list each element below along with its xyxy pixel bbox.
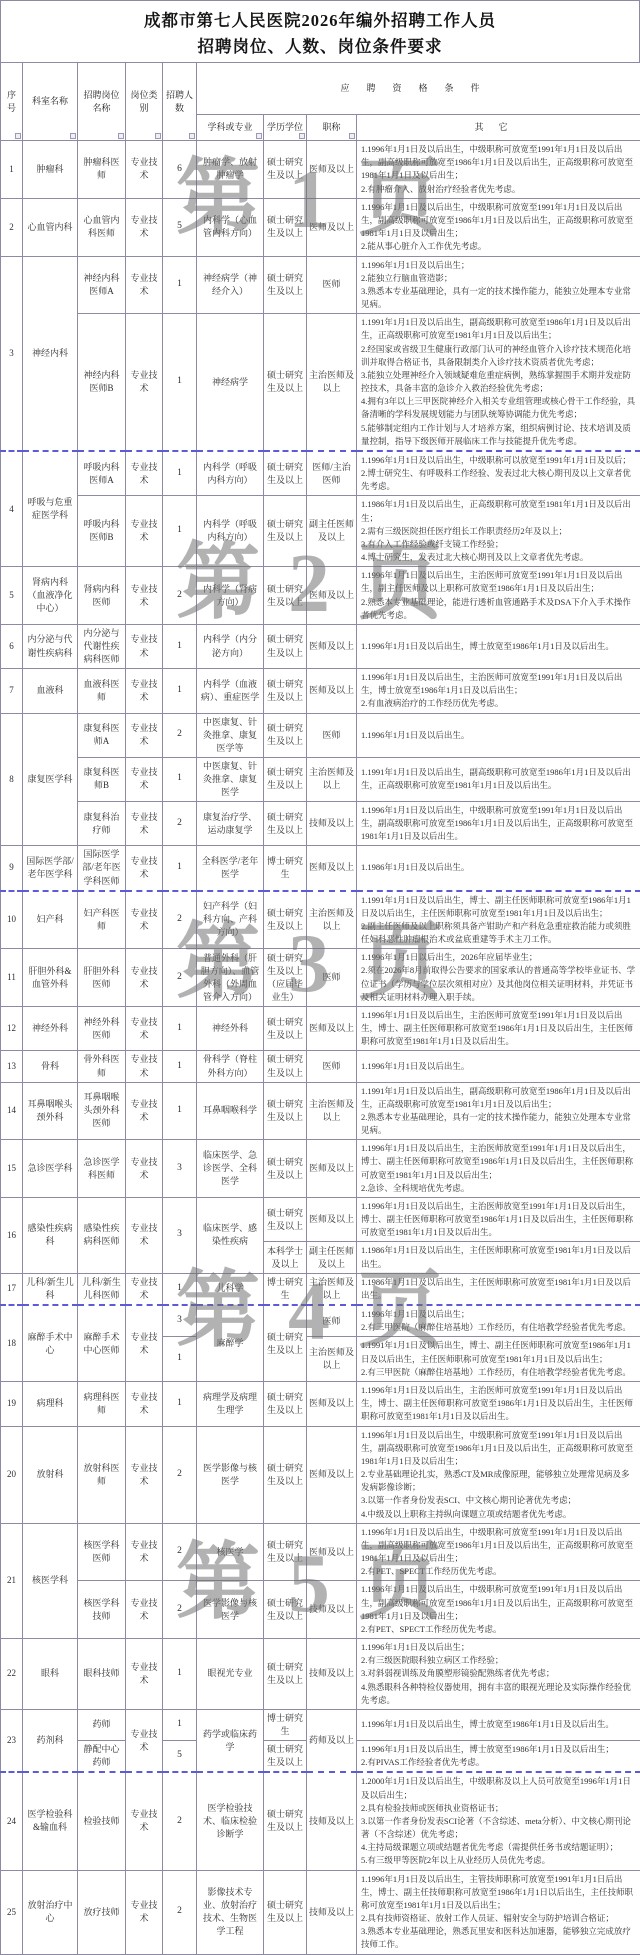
title-cell: 医师及以上 xyxy=(307,1381,357,1426)
row-number-cell: 16 xyxy=(1,1197,23,1273)
requirements-cell: 1.1996年1月1日及以后出生，主治医师可放宽至1991年1月1日及以后出生，… xyxy=(357,669,640,714)
position-cell: 静配中心药师 xyxy=(78,1741,126,1773)
count-cell: 1 xyxy=(163,669,197,714)
count-cell: 1 xyxy=(163,451,197,496)
cell-marker-icon xyxy=(70,133,76,139)
title-cell: 副主任医师及以上 xyxy=(307,496,357,567)
requirements-cell: 1.1991年1月1日及以后出生，副高级职称可放宽至1986年1月1日及以后出生… xyxy=(357,1082,640,1140)
table-header: 序号 科室名称 招聘岗位名称 岗位类别 招聘人数 应聘资格条件 学科或专业 学历… xyxy=(1,63,640,141)
requirements-cell: 1.1986年1月1日及以后出生，主任医师职称可放宽至1981年1月1日及以后出… xyxy=(357,1242,640,1273)
table-row: 神经内科医师B专业技术1神经病学硕士研究生及以上主治医师及以上1.1991年1月… xyxy=(1,314,640,451)
col-header-other: 其它 xyxy=(357,115,640,141)
category-cell: 专业技术 xyxy=(126,1273,163,1305)
table-row: 23药剂科药师专业技术1药学或临床药学博士研究生药师及以上1.1996年1月1日… xyxy=(1,1709,640,1740)
row-number-cell: 1 xyxy=(1,141,23,199)
requirements-cell: 1.1996年1月1日及以后出生，中级职称可放宽至1991年1月1日及以后出生，… xyxy=(357,198,640,256)
row-number-cell: 19 xyxy=(1,1381,23,1426)
major-cell: 临床医学、感染性疾病 xyxy=(197,1197,264,1273)
position-cell: 放疗技师 xyxy=(78,1870,126,1954)
category-cell: 专业技术 xyxy=(126,1051,163,1082)
count-cell: 1 xyxy=(163,1082,197,1140)
requirements-cell: 1.1991年1月1日及以后出生，副高级职称可放宽至1986年1月1日及以后出生… xyxy=(357,757,640,801)
title-cell: 医师 xyxy=(307,256,357,314)
count-cell: 3 xyxy=(163,1197,197,1273)
title-cell: 医师/主治医师 xyxy=(307,451,357,496)
requirements-cell: 1.1986年1月1日及以后出生，主任医师职称可放宽至1981年1月1日及以后出… xyxy=(357,1273,640,1305)
degree-cell: 硕士研究生及以上 xyxy=(264,256,307,314)
table-row: 9国际医学部/老年医学科国际医学部/老年医学科医师专业技术1全科医学/老年医学博… xyxy=(1,846,640,891)
table-row: 25放射治疗中心放疗技师专业技术2影像技术专业、放射治疗技术、生物医学工程硕士研… xyxy=(1,1870,640,1954)
position-cell: 耳鼻咽喉头颈外科医师 xyxy=(78,1082,126,1140)
department-cell: 妇产科 xyxy=(23,891,78,949)
table-row: 15急诊医学科急诊医学科医师专业技术3临床医学、急诊医学、全科医学硕士研究生及以… xyxy=(1,1140,640,1198)
row-number-cell: 14 xyxy=(1,1082,23,1140)
count-cell: 5 xyxy=(163,1741,197,1773)
major-cell: 医学影像与核医学 xyxy=(197,1426,264,1523)
position-cell: 康复科治疗师 xyxy=(78,801,126,846)
row-number-cell: 11 xyxy=(1,949,23,1007)
col-header-title: 职称 xyxy=(307,115,357,141)
title-cell: 副主任医师及以上 xyxy=(307,1242,357,1273)
requirements-cell: 1.1986年1月1日及以后出生，正高级职称可放宽至1981年1月1日及以后出生… xyxy=(357,496,640,567)
cell-marker-icon xyxy=(155,133,161,139)
col-header-label: 招聘人数 xyxy=(166,90,193,113)
major-cell: 神经病学 xyxy=(197,314,264,451)
title-cell: 医师及以上 xyxy=(307,624,357,668)
title-cell: 技师及以上 xyxy=(307,1581,357,1639)
degree-cell: 硕士研究生及以上（应届毕业生） xyxy=(264,949,307,1007)
count-cell: 2 xyxy=(163,891,197,949)
department-cell: 呼吸与危重症医学科 xyxy=(23,451,78,567)
category-cell: 专业技术 xyxy=(126,496,163,567)
degree-cell: 硕士研究生及以上 xyxy=(264,891,307,949)
major-cell: 内科学（心血管内科方向） xyxy=(197,198,264,256)
category-cell: 专业技术 xyxy=(126,1305,163,1381)
major-cell: 中医康复、针灸推拿、康复医学 xyxy=(197,757,264,801)
title-cell: 医师及以上 xyxy=(307,1426,357,1523)
major-cell: 内科学（肾病方向） xyxy=(197,567,264,625)
title-cell: 主治医师及以上 xyxy=(307,1082,357,1140)
degree-cell: 硕士研究生及以上 xyxy=(264,1426,307,1523)
col-header-degree: 学历学位 xyxy=(264,115,307,141)
count-cell: 1 xyxy=(163,1006,197,1051)
category-cell: 专业技术 xyxy=(126,801,163,846)
count-cell: 1 xyxy=(163,496,197,567)
table-row: 12神经外科神经外科医师专业技术1神经外科硕士研究生及以上医师及以上1.1996… xyxy=(1,1006,640,1051)
department-cell: 国际医学部/老年医学科 xyxy=(23,846,78,891)
title-cell: 医师及以上 xyxy=(307,1140,357,1198)
col-header-label: 岗位类别 xyxy=(130,90,157,113)
requirements-cell: 1.1996年1月1日及以后出生，中级职称可放宽至1991年1月1日及以后出生，… xyxy=(357,1426,640,1523)
position-cell: 内分泌与代谢性疾病科医师 xyxy=(78,624,126,668)
degree-cell: 硕士研究生及以上 xyxy=(264,1305,307,1381)
col-header-label: 招聘岗位名称 xyxy=(83,90,119,113)
requirements-cell: 1.1996年1月1日及以后出生，博士放宽至1986年1月1日及以后出生。 xyxy=(357,1709,640,1740)
category-cell: 专业技术 xyxy=(126,1523,163,1581)
category-cell: 专业技术 xyxy=(126,1709,163,1772)
category-cell: 专业技术 xyxy=(126,567,163,625)
degree-cell: 硕士研究生及以上 xyxy=(264,1870,307,1954)
row-number-cell: 6 xyxy=(1,624,23,668)
department-cell: 神经外科 xyxy=(23,1006,78,1051)
title-cell: 医师及以上 xyxy=(307,846,357,891)
table-row: 2心血管内科心血管内科医师专业技术5内科学（心血管内科方向）硕士研究生及以上医师… xyxy=(1,198,640,256)
requirements-cell: 1.1996年1月1日及以后出生； 2.有三甲医院（麻醉住培基地）工作经历，有住… xyxy=(357,1305,640,1337)
row-number-cell: 15 xyxy=(1,1140,23,1198)
major-cell: 眼视光专业 xyxy=(197,1639,264,1710)
major-cell: 内科学（血液病）、重症医学 xyxy=(197,669,264,714)
title-cell: 主治医师及以上 xyxy=(307,1337,357,1382)
title-cell: 医师及以上 xyxy=(307,198,357,256)
position-cell: 国际医学部/老年医学科医师 xyxy=(78,846,126,891)
title-cell: 医师及以上 xyxy=(307,669,357,714)
category-cell: 专业技术 xyxy=(126,451,163,496)
degree-cell: 硕士研究生及以上 xyxy=(264,567,307,625)
requirements-cell: 1.1996年1月1日及以后出生，主治医师可放宽至1991年1月1日及以后出生，… xyxy=(357,1381,640,1426)
department-cell: 放射治疗中心 xyxy=(23,1870,78,1954)
position-cell: 放射科医师 xyxy=(78,1426,126,1523)
major-cell: 内科学（内分泌方向） xyxy=(197,624,264,668)
major-cell: 内科学（呼吸内科方向） xyxy=(197,451,264,496)
position-cell: 儿科/新生儿科医师 xyxy=(78,1273,126,1305)
department-cell: 肾病内科（血液净化中心） xyxy=(23,567,78,625)
col-header-label: 职称 xyxy=(322,122,340,132)
major-cell: 麻醉学 xyxy=(197,1305,264,1381)
degree-cell: 硕士研究生及以上 xyxy=(264,801,307,846)
department-cell: 血液科 xyxy=(23,669,78,714)
degree-cell: 硕士研究生及以上 xyxy=(264,624,307,668)
cell-marker-icon xyxy=(299,133,305,139)
table-row: 14耳鼻咽喉头颈外科耳鼻咽喉头颈外科医师专业技术1耳鼻咽喉科学硕士研究生及以上主… xyxy=(1,1082,640,1140)
department-cell: 眼科 xyxy=(23,1639,78,1710)
category-cell: 专业技术 xyxy=(126,846,163,891)
category-cell: 专业技术 xyxy=(126,1639,163,1710)
category-cell: 专业技术 xyxy=(126,198,163,256)
position-cell: 感染性疾病科医师 xyxy=(78,1197,126,1273)
cell-marker-icon xyxy=(189,133,195,139)
department-cell: 内分泌与代谢性疾病科 xyxy=(23,624,78,668)
category-cell: 专业技术 xyxy=(126,1140,163,1198)
position-cell: 妇产科医师 xyxy=(78,891,126,949)
position-cell: 心血管内科医师 xyxy=(78,198,126,256)
department-cell: 神经内科 xyxy=(23,256,78,451)
requirements-cell: 1.1996年1月1日以后出生，2026年应届毕业生； 2.须在2026年8月前… xyxy=(357,949,640,1007)
position-cell: 眼科技师 xyxy=(78,1639,126,1710)
major-cell: 骨科学（脊柱外科方向） xyxy=(197,1051,264,1082)
position-cell: 急诊医学科医师 xyxy=(78,1140,126,1198)
table-row: 7血液科血液科医师专业技术1内科学（血液病）、重症医学硕士研究生及以上医师及以上… xyxy=(1,669,640,714)
position-cell: 康复科医师B xyxy=(78,757,126,801)
requirements-cell: 1.1996年1月1日及以后出生，中级职称可放宽至1991年1月1日及以后出生，… xyxy=(357,141,640,199)
table-row: 核医学科技师专业技术2医学影像与核医学硕士研究生及以上技师及以上1.1996年1… xyxy=(1,1581,640,1639)
degree-cell: 硕士研究生及以上 xyxy=(264,1772,307,1870)
col-header-label: 其它 xyxy=(475,122,523,132)
degree-cell: 硕士研究生及以上 xyxy=(264,713,307,757)
count-cell: 3 xyxy=(163,1140,197,1198)
category-cell: 专业技术 xyxy=(126,1581,163,1639)
degree-cell: 硕士研究生及以上 xyxy=(264,451,307,496)
requirements-cell: 1.1996年1月1日及以后出生； 2.能独立行脑血管造影； 3.熟悉本专业基础… xyxy=(357,256,640,314)
requirements-cell: 1.1986年1月1日及以后出生。 xyxy=(357,846,640,891)
cell-marker-icon xyxy=(118,133,124,139)
col-header-label: 序号 xyxy=(7,90,16,113)
requirements-cell: 1.1991年1月1日及以后出生，博士、副主任医师职称可放宽至1986年1月1日… xyxy=(357,891,640,949)
major-cell: 核医学 xyxy=(197,1523,264,1581)
requirements-cell: 1.1996年1月1日及以后出生，博士放宽至1986年1月1日及以后出生。 xyxy=(357,624,640,668)
count-cell: 2 xyxy=(163,567,197,625)
title-cell: 主治医师及以上 xyxy=(307,1273,357,1305)
table-row: 康复科治疗师专业技术2康复治疗学、运动康复学硕士研究生及以上技师及以上1.199… xyxy=(1,801,640,846)
table-row: 11肝胆外科&血管外科肝胆外科医师专业技术2普通外科（肝胆方向）、血管外科（外周… xyxy=(1,949,640,1007)
degree-cell: 硕士研究生及以上 xyxy=(264,314,307,451)
position-cell: 呼吸内科医师B xyxy=(78,496,126,567)
col-header-department: 科室名称 xyxy=(23,63,78,141)
major-cell: 肿瘤学、放射肿瘤学 xyxy=(197,141,264,199)
requirements-cell: 1.1991年1月1日及以后出生，博士、副主任医师职称可放宽至1986年1月1日… xyxy=(357,1337,640,1382)
table-row: 13骨科骨外科医师专业技术1骨科学（脊柱外科方向）硕士研究生及以上医师1.199… xyxy=(1,1051,640,1082)
table-row: 1肿瘤科肿瘤科医师专业技术6肿瘤学、放射肿瘤学硕士研究生及以上医师及以上1.19… xyxy=(1,141,640,199)
major-cell: 普通外科（肝胆方向）、血管外科（外周血管介入方向） xyxy=(197,949,264,1007)
position-cell: 神经内科医师A xyxy=(78,256,126,314)
degree-cell: 硕士研究生及以上 xyxy=(264,669,307,714)
requirements-cell: 1.1996年1月1日及以后出生，主治医师放宽至1991年1月1日及以后出生，博… xyxy=(357,1140,640,1198)
table-row: 呼吸内科医师B专业技术1内科学（呼吸内科方向）硕士研究生及以上副主任医师及以上1… xyxy=(1,496,640,567)
col-header-category: 岗位类别 xyxy=(126,63,163,141)
row-number-cell: 25 xyxy=(1,1870,23,1954)
title-cell: 主治医师及以上 xyxy=(307,314,357,451)
requirements-cell: 1.1996年1月1日及以后出生，主治医师可放宽至1991年1月1日及以后出生，… xyxy=(357,1006,640,1051)
requirements-cell: 1.1991年1月1日及以后出生，副高级职称可放宽至1986年1月1日及以后出生… xyxy=(357,314,640,451)
count-cell: 1 xyxy=(163,1273,197,1305)
col-header-qualifications: 应聘资格条件 xyxy=(197,63,640,115)
title-cell: 医师及以上 xyxy=(307,141,357,199)
category-cell: 专业技术 xyxy=(126,1381,163,1426)
department-cell: 康复医学科 xyxy=(23,713,78,846)
col-header-no: 序号 xyxy=(1,63,23,141)
cell-marker-icon xyxy=(256,133,262,139)
row-number-cell: 2 xyxy=(1,198,23,256)
title-cell: 医师及以上 xyxy=(307,1006,357,1051)
count-cell: 1 xyxy=(163,1337,197,1382)
requirements-cell: 1.1996年1月1日及以后出生，主管技师职称可放宽至1991年1月1日后出生，… xyxy=(357,1870,640,1954)
row-number-cell: 12 xyxy=(1,1006,23,1051)
requirements-cell: 1.2000年1月1日及以后出生，中级职称及以上人员可放宽至1996年1月1日及… xyxy=(357,1772,640,1870)
col-header-major: 学科或专业 xyxy=(197,115,264,141)
degree-cell: 硕士研究生及以上 xyxy=(264,1639,307,1710)
category-cell: 专业技术 xyxy=(126,314,163,451)
major-cell: 神经病学（神经介入） xyxy=(197,256,264,314)
position-cell: 药师 xyxy=(78,1709,126,1740)
department-cell: 肿瘤科 xyxy=(23,141,78,199)
count-cell: 5 xyxy=(163,198,197,256)
row-number-cell: 7 xyxy=(1,669,23,714)
degree-cell: 硕士研究生及以上 xyxy=(264,1006,307,1051)
count-cell: 1 xyxy=(163,1709,197,1740)
degree-cell: 硕士研究生及以上 xyxy=(264,1082,307,1140)
col-header-label: 学历学位 xyxy=(267,122,303,132)
department-cell: 药剂科 xyxy=(23,1709,78,1772)
category-cell: 专业技术 xyxy=(126,1197,163,1273)
requirements-cell: 1.1996年1月1日及以后出生，中级职称可放宽至1991年1月1日及以后出生，… xyxy=(357,1523,640,1581)
category-cell: 专业技术 xyxy=(126,1870,163,1954)
degree-cell: 硕士研究生及以上 xyxy=(264,1523,307,1581)
position-cell: 神经内科医师B xyxy=(78,314,126,451)
col-header-count: 招聘人数 xyxy=(163,63,197,141)
requirements-cell: 1.1996年1月1日及以后出生。 xyxy=(357,713,640,757)
degree-cell: 博士研究生 xyxy=(264,1273,307,1305)
table-row: 4呼吸与危重症医学科呼吸内科医师A专业技术1内科学（呼吸内科方向）硕士研究生及以… xyxy=(1,451,640,496)
title-cell: 医师 xyxy=(307,1051,357,1082)
title-cell: 医师 xyxy=(307,1305,357,1337)
count-cell: 2 xyxy=(163,713,197,757)
requirements-cell: 1.1996年1月1日及以后出生，中级职称可放宽至1991年1月1日及以后出生，… xyxy=(357,801,640,846)
count-cell: 2 xyxy=(163,949,197,1007)
requirements-cell: 1.1996年1月1日及以后出生。 xyxy=(357,1051,640,1082)
department-cell: 急诊医学科 xyxy=(23,1140,78,1198)
row-number-cell: 17 xyxy=(1,1273,23,1305)
count-cell: 6 xyxy=(163,141,197,199)
category-cell: 专业技术 xyxy=(126,713,163,757)
degree-cell: 硕士研究生及以上 xyxy=(264,141,307,199)
major-cell: 儿科学 xyxy=(197,1273,264,1305)
title-cell: 医师 xyxy=(307,949,357,1007)
count-cell: 1 xyxy=(163,1381,197,1426)
row-number-cell: 21 xyxy=(1,1523,23,1638)
position-cell: 肝胆外科医师 xyxy=(78,949,126,1007)
table-row: 19病理科病理科医师专业技术1病理学及病理生理学硕士研究生及以上医师及以上1.1… xyxy=(1,1381,640,1426)
requirements-cell: 1.1996年1月1日及以后出生，主治医师放宽至1991年1月1日及以后出生，博… xyxy=(357,1197,640,1242)
position-cell: 肾病内科医师 xyxy=(78,567,126,625)
major-cell: 影像技术专业、放射治疗技术、生物医学工程 xyxy=(197,1870,264,1954)
position-cell: 麻醉手术中心医师 xyxy=(78,1305,126,1381)
department-cell: 医学检验科&输血科 xyxy=(23,1772,78,1870)
title-cell: 主治医师及以上 xyxy=(307,891,357,949)
degree-cell: 硕士研究生及以上 xyxy=(264,1741,307,1773)
major-cell: 医学检验技术、临床检验诊断学 xyxy=(197,1772,264,1870)
recruitment-table: 序号 科室名称 招聘岗位名称 岗位类别 招聘人数 应聘资格条件 学科或专业 学历… xyxy=(0,62,640,1954)
document-title: 成都市第七人民医院2026年编外招聘工作人员 招聘岗位、人数、岗位条件要求 xyxy=(0,0,640,62)
count-cell: 1 xyxy=(163,757,197,801)
table-row: 16感染性疾病科感染性疾病科医师专业技术3临床医学、感染性疾病硕士研究生及以上医… xyxy=(1,1197,640,1242)
table-row: 6内分泌与代谢性疾病科内分泌与代谢性疾病科医师专业技术1内科学（内分泌方向）硕士… xyxy=(1,624,640,668)
major-cell: 康复治疗学、运动康复学 xyxy=(197,801,264,846)
major-cell: 全科医学/老年医学 xyxy=(197,846,264,891)
col-header-label: 科室名称 xyxy=(32,96,68,106)
title-line-2: 招聘岗位、人数、岗位条件要求 xyxy=(7,34,633,60)
title-cell: 医师及以上 xyxy=(307,1523,357,1581)
category-cell: 专业技术 xyxy=(126,1426,163,1523)
table-row: 17儿科/新生儿科儿科/新生儿科医师专业技术1儿科学博士研究生主治医师及以上1.… xyxy=(1,1273,640,1305)
count-cell: 1 xyxy=(163,1051,197,1082)
department-cell: 儿科/新生儿科 xyxy=(23,1273,78,1305)
department-cell: 麻醉手术中心 xyxy=(23,1305,78,1381)
category-cell: 专业技术 xyxy=(126,1082,163,1140)
category-cell: 专业技术 xyxy=(126,141,163,199)
department-cell: 感染性疾病科 xyxy=(23,1197,78,1273)
table-row: 22眼科眼科技师专业技术1眼视光专业硕士研究生及以上技师及以上1.1996年1月… xyxy=(1,1639,640,1710)
row-number-cell: 5 xyxy=(1,567,23,625)
count-cell: 1 xyxy=(163,314,197,451)
position-cell: 核医学科技师 xyxy=(78,1581,126,1639)
row-number-cell: 8 xyxy=(1,713,23,846)
major-cell: 药学或临床药学 xyxy=(197,1709,264,1772)
requirements-cell: 1.1996年1月1日及以后出生，博士放宽至1986年1月1日及以后出生； 2.… xyxy=(357,1741,640,1773)
count-cell: 1 xyxy=(163,256,197,314)
table-row: 18麻醉手术中心麻醉手术中心医师专业技术3麻醉学硕士研究生及以上医师1.1996… xyxy=(1,1305,640,1337)
position-cell: 检验技师 xyxy=(78,1772,126,1870)
cell-marker-icon xyxy=(349,133,355,139)
major-cell: 耳鼻咽喉科学 xyxy=(197,1082,264,1140)
title-cell: 技师及以上 xyxy=(307,801,357,846)
title-cell: 医师及以上 xyxy=(307,1197,357,1242)
degree-cell: 博士研究生 xyxy=(264,846,307,891)
col-header-label: 应聘资格条件 xyxy=(341,83,497,93)
position-cell: 血液科医师 xyxy=(78,669,126,714)
row-number-cell: 13 xyxy=(1,1051,23,1082)
department-cell: 心血管内科 xyxy=(23,198,78,256)
count-cell: 2 xyxy=(163,1426,197,1523)
count-cell: 3 xyxy=(163,1305,197,1337)
degree-cell: 硕士研究生及以上 xyxy=(264,1581,307,1639)
position-cell: 肿瘤科医师 xyxy=(78,141,126,199)
department-cell: 骨科 xyxy=(23,1051,78,1082)
row-number-cell: 10 xyxy=(1,891,23,949)
degree-cell: 博士研究生 xyxy=(264,1709,307,1740)
table-body: 1肿瘤科肿瘤科医师专业技术6肿瘤学、放射肿瘤学硕士研究生及以上医师及以上1.19… xyxy=(1,141,640,1954)
requirements-cell: 1.1996年1月1日及以后出生，主治医师可放宽至1991年1月1日及以后出生，… xyxy=(357,567,640,625)
title-cell: 技师及以上 xyxy=(307,1870,357,1954)
category-cell: 专业技术 xyxy=(126,1772,163,1870)
position-cell: 康复科医师A xyxy=(78,713,126,757)
degree-cell: 硕士研究生及以上 xyxy=(264,1381,307,1426)
table-row: 20放射科放射科医师专业技术2医学影像与核医学硕士研究生及以上医师及以上1.19… xyxy=(1,1426,640,1523)
category-cell: 专业技术 xyxy=(126,1006,163,1051)
title-cell: 医师及以上 xyxy=(307,567,357,625)
title-cell: 主治医师及以上 xyxy=(307,757,357,801)
requirements-cell: 1.1996年1月1日及以后出生，中级职称可放宽至1991年1月1日及以后出生，… xyxy=(357,1581,640,1639)
category-cell: 专业技术 xyxy=(126,256,163,314)
degree-cell: 硕士研究生及以上 xyxy=(264,1051,307,1082)
major-cell: 病理学及病理生理学 xyxy=(197,1381,264,1426)
row-number-cell: 4 xyxy=(1,451,23,567)
category-cell: 专业技术 xyxy=(126,757,163,801)
position-cell: 病理科医师 xyxy=(78,1381,126,1426)
document-sheet: 成都市第七人民医院2026年编外招聘工作人员 招聘岗位、人数、岗位条件要求 序号… xyxy=(0,0,640,1955)
degree-cell: 硕士研究生及以上 xyxy=(264,1197,307,1242)
major-cell: 医学影像与核医学 xyxy=(197,1581,264,1639)
requirements-cell: 1.1996年1月1日及以后出生，中级职称可以放宽至1991年1月1日及以后； … xyxy=(357,451,640,496)
department-cell: 核医学科 xyxy=(23,1523,78,1638)
table-row: 24医学检验科&输血科检验技师专业技术2医学检验技术、临床检验诊断学硕士研究生及… xyxy=(1,1772,640,1870)
major-cell: 神经外科 xyxy=(197,1006,264,1051)
degree-cell: 硕士研究生及以上 xyxy=(264,496,307,567)
position-cell: 核医学科医师 xyxy=(78,1523,126,1581)
requirements-cell: 1.1996年1月1日及以后出生； 2.有三级医院眼科独立病区工作经验； 3.对… xyxy=(357,1639,640,1710)
degree-cell: 硕士研究生及以上 xyxy=(264,757,307,801)
table-row: 10妇产科妇产科医师专业技术2妇产科学（妇科方向、产科方向）硕士研究生及以上主治… xyxy=(1,891,640,949)
col-header-position: 招聘岗位名称 xyxy=(78,63,126,141)
title-cell: 技师及以上 xyxy=(307,1639,357,1710)
col-header-label: 学科或专业 xyxy=(207,122,252,132)
category-cell: 专业技术 xyxy=(126,669,163,714)
table-row: 21核医学科核医学科医师专业技术2核医学硕士研究生及以上医师及以上1.1996年… xyxy=(1,1523,640,1581)
category-cell: 专业技术 xyxy=(126,949,163,1007)
table-row: 8康复医学科康复科医师A专业技术2中医康复、针灸推拿、康复医学等硕士研究生及以上… xyxy=(1,713,640,757)
category-cell: 专业技术 xyxy=(126,624,163,668)
row-number-cell: 22 xyxy=(1,1639,23,1710)
count-cell: 2 xyxy=(163,1581,197,1639)
count-cell: 2 xyxy=(163,1772,197,1870)
